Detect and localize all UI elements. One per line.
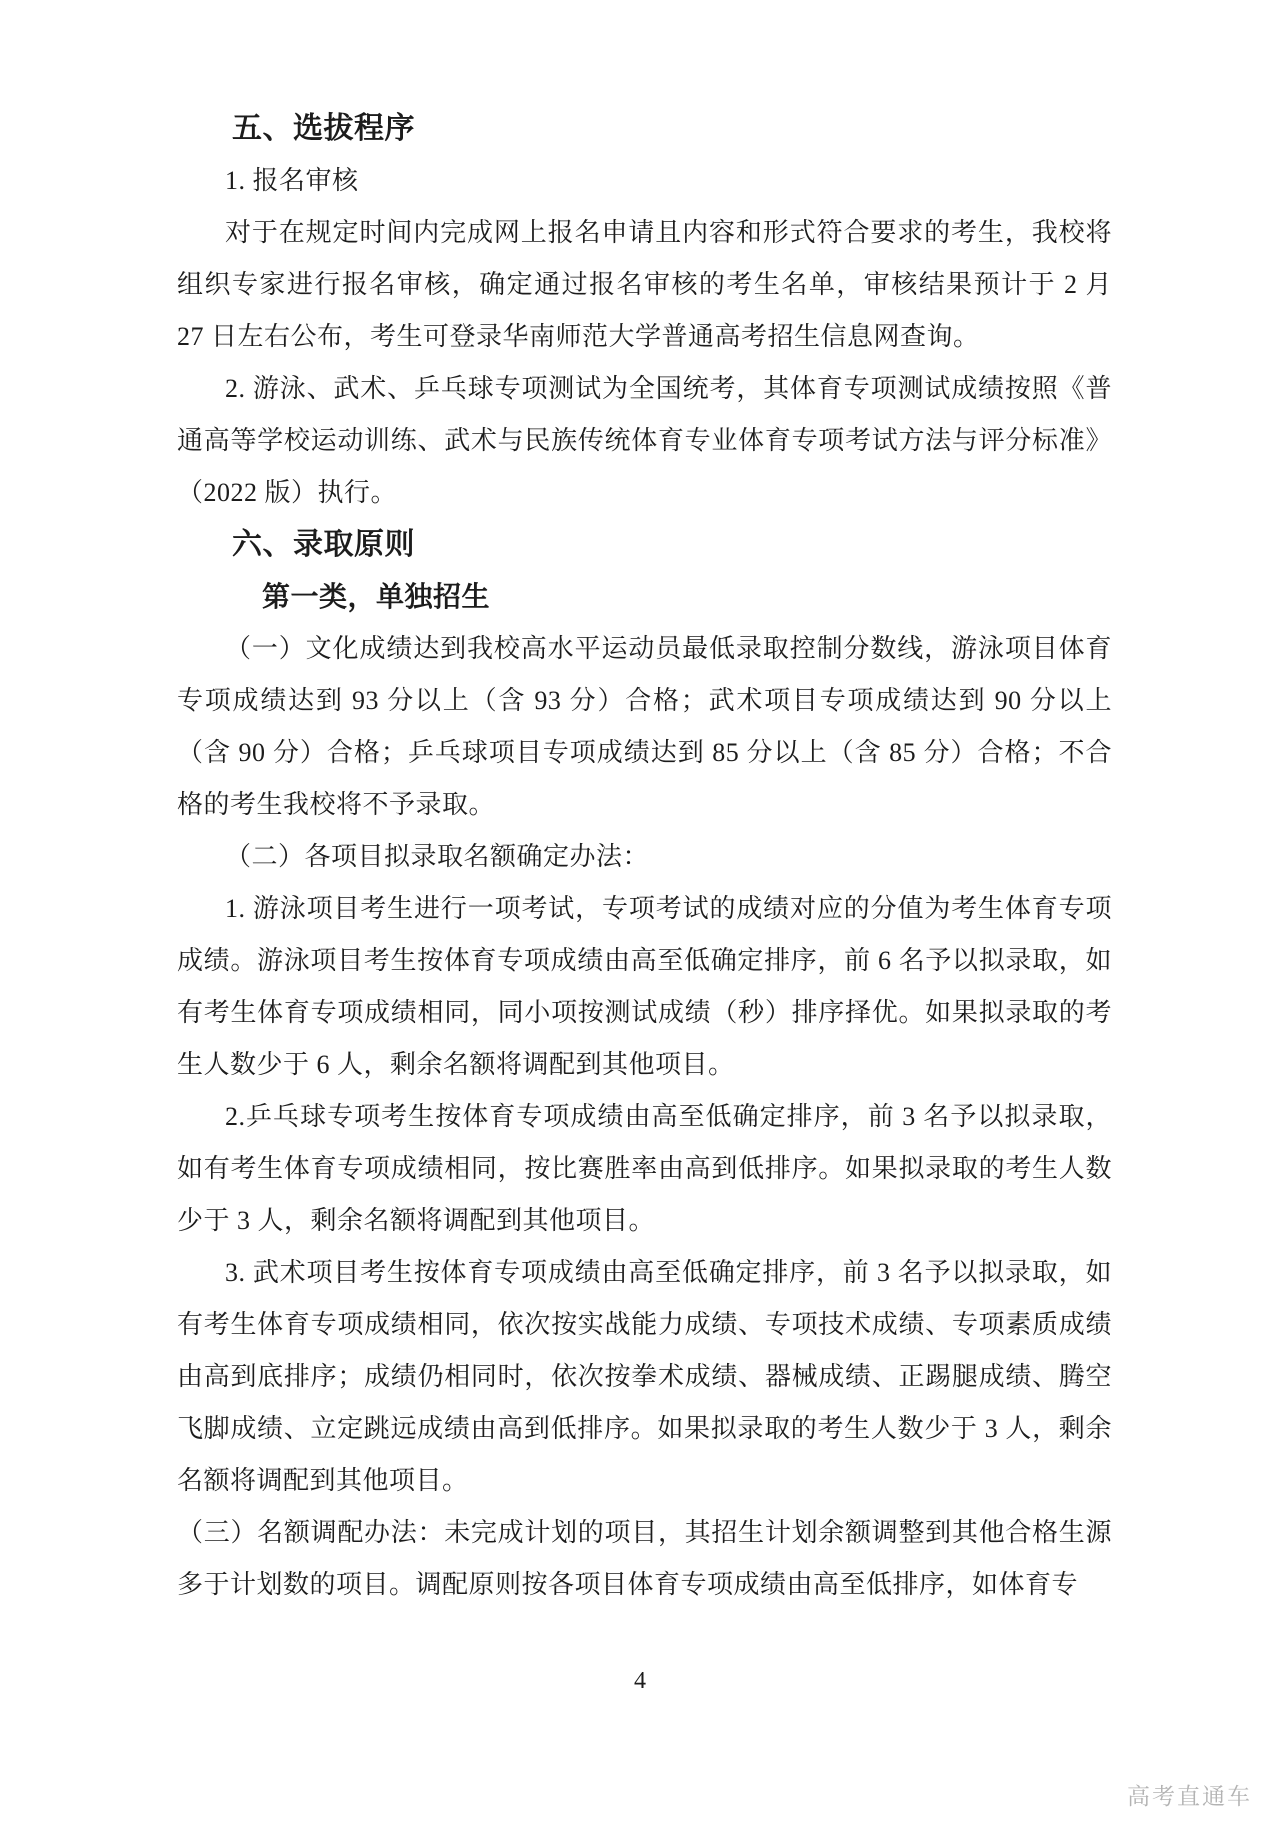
paragraph-swimming-ranking: 1. 游泳项目考生进行一项考试，专项考试的成绩对应的分值为考生体育专项成绩。游泳…	[177, 883, 1112, 1091]
paragraph-item-three-quota-transfer: （三）名额调配办法：未完成计划的项目，其招生计划余额调整到其他合格生源多于计划数…	[177, 1507, 1112, 1611]
paragraph-item-two-quota-methods: （二）各项目拟录取名额确定办法：	[177, 831, 1112, 883]
document-page: 五、选拔程序 1. 报名审核 对于在规定时间内完成网上报名申请且内容和形式符合要…	[0, 0, 1280, 1838]
section-heading-admission-rules: 六、录取原则	[177, 519, 1112, 571]
paragraph-national-unified-test: 2. 游泳、武术、乒乓球专项测试为全国统考，其体育专项测试成绩按照《普通高等学校…	[177, 363, 1112, 519]
subheading-category-one: 第一类，单独招生	[177, 571, 1112, 623]
paragraph-table-tennis-ranking: 2.乒乓球专项考生按体育专项成绩由高至低确定排序，前 3 名予以拟录取，如有考生…	[177, 1091, 1112, 1247]
document-body: 五、选拔程序 1. 报名审核 对于在规定时间内完成网上报名申请且内容和形式符合要…	[177, 103, 1112, 1611]
paragraph-item-one-score-lines: （一）文化成绩达到我校高水平运动员最低录取控制分数线，游泳项目体育专项成绩达到 …	[177, 623, 1112, 831]
section-heading-selection-procedure: 五、选拔程序	[177, 103, 1112, 155]
page-number: 4	[0, 1668, 1280, 1695]
watermark-gaokao-zhitongche: 高考直通车	[1127, 1778, 1252, 1811]
paragraph-registration-review: 对于在规定时间内完成网上报名申请且内容和形式符合要求的考生，我校将组织专家进行报…	[177, 207, 1112, 363]
subheading-registration-review: 1. 报名审核	[177, 155, 1112, 207]
paragraph-wushu-ranking: 3. 武术项目考生按体育专项成绩由高至低确定排序，前 3 名予以拟录取，如有考生…	[177, 1247, 1112, 1507]
